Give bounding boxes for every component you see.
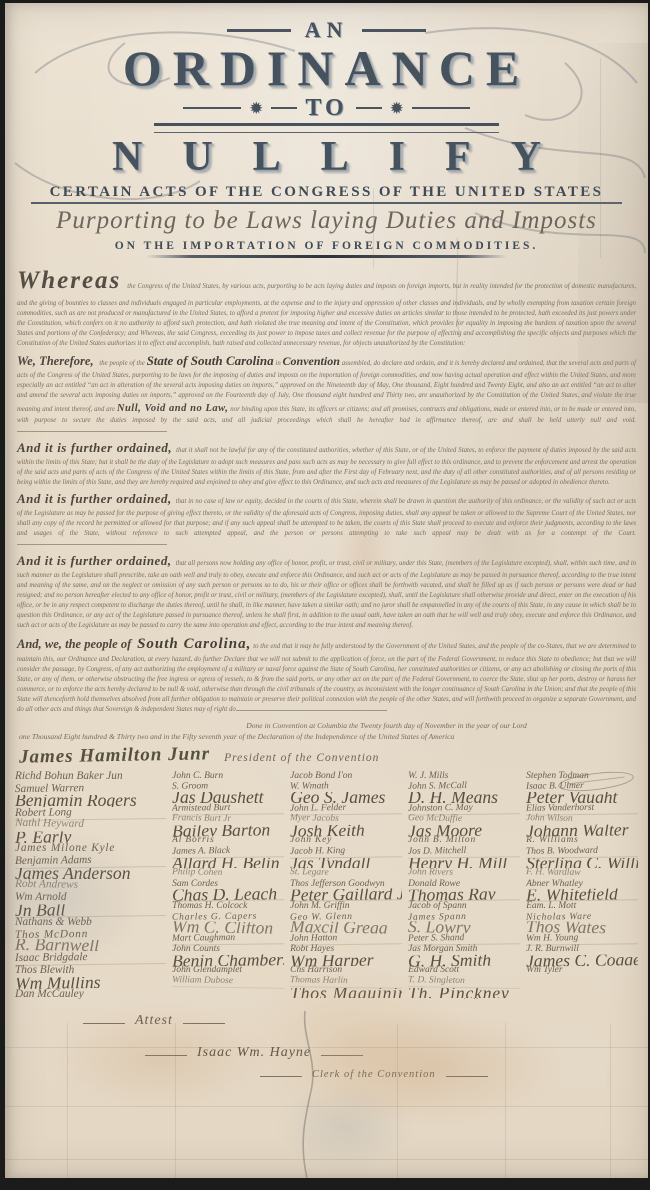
signature: Peter Vaught xyxy=(526,792,638,803)
president-signature-row: James Hamilton Junr President of the Con… xyxy=(5,743,648,767)
signature: Benjamin Adams xyxy=(15,854,166,869)
signature: J. R. Burnwill xyxy=(526,944,638,955)
title-to-row: ✹ TO ✹ xyxy=(5,95,648,121)
lead-further-ordained: And it is further ordained, xyxy=(17,440,172,455)
paragraph-ordained-1: And it is further ordained,that it shall… xyxy=(17,439,636,488)
signature: Josh Keith xyxy=(290,824,402,836)
attest-label: Attest xyxy=(135,1013,173,1029)
signature: Jacob H. King xyxy=(290,845,402,858)
signature: James C. Coggeshall xyxy=(526,954,638,966)
signature: Nathans & Webb xyxy=(15,917,166,929)
president-signature: James Hamilton Junr xyxy=(19,743,210,768)
emph-convention: Convention xyxy=(283,354,340,368)
signature: Thomas Ray xyxy=(408,889,520,902)
rule xyxy=(412,107,470,109)
signature: Chas D. Leach xyxy=(172,889,284,902)
script-subtitle: Purporting to be Laws laying Duties and … xyxy=(5,207,648,235)
emph-south-carolina: South Carolina, xyxy=(137,636,251,652)
rule-dash xyxy=(321,1055,363,1056)
title-an-row: AN xyxy=(5,19,648,41)
signature: Jn Ball xyxy=(15,903,166,918)
signature: S. Groom xyxy=(172,781,284,793)
paragraph-ordained-3: And it is further ordained,that all pers… xyxy=(17,552,636,631)
star-burst-icon: ✹ xyxy=(249,100,263,117)
star-burst-icon: ✹ xyxy=(390,100,404,117)
rule-dash xyxy=(446,1076,488,1077)
signature-columns: Richd Bohun Baker JunSamuel WarrenBenjam… xyxy=(5,767,648,999)
paragraph-text: in xyxy=(275,360,280,367)
paragraph-text: to the end that it may be fully understo… xyxy=(17,643,636,714)
signature: Thomas Harlin xyxy=(290,975,402,988)
signature: Benjamin Rogers xyxy=(15,795,166,807)
signature-column-2: John C. BurnS. GroomJas DaushettArmistea… xyxy=(172,771,284,999)
lead-further-ordained: And it is further ordained, xyxy=(17,553,172,568)
lead-we-the-people: And, we, the people of xyxy=(17,637,131,651)
signature: Mart Caughman xyxy=(172,932,284,945)
title-to: TO xyxy=(305,95,347,122)
rule xyxy=(271,107,297,109)
signature-column-4: W. J. MillsJohn S. McCallD. H. MeansJohn… xyxy=(408,771,520,999)
document-sheet: AN ORDINANCE ✹ TO ✹ NULLIFY CERTAIN ACTS… xyxy=(5,3,648,1178)
clerk-signature: Isaac Wm. Hayne xyxy=(197,1045,311,1061)
signature: Thos B. Woodward xyxy=(526,845,638,858)
signature: D. H. Means xyxy=(408,792,520,803)
body-text: Whereasthe Congress of the United States… xyxy=(5,258,648,715)
rule xyxy=(183,107,241,109)
signature: John M. Griffin xyxy=(290,901,402,912)
title-ordinance: ORDINANCE xyxy=(5,44,648,93)
done-in-convention-line: Done in Convention at Columbia the Twent… xyxy=(5,718,648,743)
signature: John Hatton xyxy=(290,932,402,945)
signature: Jas Moore xyxy=(408,824,520,836)
rule-left xyxy=(227,29,291,32)
signature: Jos D. Mitchell xyxy=(408,845,520,858)
signature: Jacob of Spann xyxy=(408,901,520,912)
signature: John S. McCall xyxy=(408,781,520,793)
title-nullify: NULLIFY xyxy=(5,136,648,180)
signature: Wm Harper xyxy=(290,954,402,966)
rule-dash xyxy=(145,1055,187,1056)
signature: Johann Walter xyxy=(526,824,638,836)
clerk-title-row: Clerk of the Convention xyxy=(5,1069,648,1080)
signature-column-5: Stephen TodmanIsaac B. UlmerPeter Vaught… xyxy=(526,771,638,999)
title-block: AN ORDINANCE ✹ TO ✹ NULLIFY CERTAIN ACTS… xyxy=(5,3,648,258)
signature-column-3: Jacob Bond I'onW. WmathGeo S. JamesJohn … xyxy=(290,771,402,999)
paragraph-we-therefore: We, Therefore, the people of the State o… xyxy=(17,352,636,436)
signature: Richd Bohun Baker Jun xyxy=(15,771,166,783)
signature: Bailey Barton xyxy=(172,824,284,836)
signature: Wm H. Young xyxy=(526,932,638,945)
signature: Samuel Warren xyxy=(15,782,166,796)
signature: Wm Mullins xyxy=(15,976,166,990)
double-rule xyxy=(154,123,499,133)
rule-dash xyxy=(183,1023,225,1024)
paragraph-we-the-people: And, we, the people of South Carolina, t… xyxy=(17,634,636,715)
signature: Wm Arnold xyxy=(15,892,166,904)
signature: Philip Cohen xyxy=(172,867,284,879)
signature: Benjn Chambers xyxy=(172,954,284,966)
signature: William Dubose xyxy=(172,975,284,988)
signature: Thomas H. Colcock xyxy=(172,901,284,912)
signature: W. Wmath xyxy=(290,781,402,793)
signature: John Counts xyxy=(172,944,284,955)
rule xyxy=(356,107,382,109)
signature: Peter Gaillard Jr xyxy=(290,889,402,902)
signature: Peter S. Shand xyxy=(408,932,520,945)
signature: Eam. L. Mott xyxy=(526,901,638,912)
fold-line xyxy=(5,1159,648,1160)
paragraph-text: the people of the xyxy=(99,360,144,367)
paragraph-ordained-2: And it is further ordained,that in no ca… xyxy=(17,490,636,549)
signature: Robt Hayes xyxy=(290,944,402,955)
signature: R. Williams xyxy=(526,835,638,846)
signature: Robert J. Turnbull xyxy=(408,997,520,998)
signature: G. H. Smith xyxy=(408,954,520,966)
signature: Geo S. James xyxy=(290,792,402,803)
signature: F. H. Wardlaw xyxy=(526,867,638,879)
signature: E. Whitefield xyxy=(526,889,638,902)
attest-row: Attest xyxy=(5,1013,648,1029)
paragraph-text: that all persons now holding any office … xyxy=(17,560,636,629)
signature: Wm W. Murray xyxy=(290,997,402,998)
signature: T. D. Singleton xyxy=(408,975,520,988)
line-fill xyxy=(17,544,167,545)
clerk-title: Clerk of the Convention xyxy=(312,1069,436,1080)
signature-column-1: Richd Bohun Baker JunSamuel WarrenBenjam… xyxy=(15,771,166,999)
subtitle-rule xyxy=(31,202,623,204)
line-fill xyxy=(237,710,387,711)
signature: Dan McCauley xyxy=(15,989,166,999)
lead-further-ordained: And it is further ordained, xyxy=(17,491,172,506)
signature: Jas Daushett xyxy=(172,792,284,803)
signature: Isaac Bridgdale xyxy=(15,951,166,966)
subtitle-line: CERTAIN ACTS OF THE CONGRESS OF THE UNIT… xyxy=(5,184,648,201)
signature: John Key xyxy=(290,835,402,846)
signature: James Anderson xyxy=(15,868,166,880)
rule-dash xyxy=(260,1076,302,1077)
signature: John B. Milton xyxy=(408,835,520,846)
stain xyxy=(275,1083,415,1173)
line-fill xyxy=(17,431,167,432)
signature: P. Early xyxy=(15,830,166,844)
signature: Wm Tyler xyxy=(526,965,638,976)
paragraph-whereas: Whereasthe Congress of the United States… xyxy=(17,263,636,349)
president-title: President of the Convention xyxy=(224,752,379,764)
signature: Jas Morgan Smith xyxy=(408,944,520,955)
done-line-2: one Thousand Eight hundred & Thirty two … xyxy=(19,731,634,742)
signature: Al Borris xyxy=(172,835,284,846)
emph-null-void-no-law: Null, Void and no Law, xyxy=(117,403,229,414)
signature: St. Legare xyxy=(290,867,402,879)
rule-right xyxy=(362,29,426,32)
signature: James A. Black xyxy=(172,845,284,858)
lead-we-therefore: We, Therefore, xyxy=(17,354,94,368)
rule-dash xyxy=(83,1023,125,1024)
clerk-signature-row: Isaac Wm. Hayne xyxy=(5,1045,648,1061)
attest-block: Attest Isaac Wm. Hayne Clerk of the Conv… xyxy=(5,999,648,1080)
signature: John Rivers xyxy=(408,867,520,879)
emph-state-of-south-carolina: State of South Carolina xyxy=(147,353,274,368)
fold-line xyxy=(5,1106,648,1107)
importation-line: ON THE IMPORTATION OF FOREIGN COMMODITIE… xyxy=(5,240,648,252)
signature: Robt Andrews xyxy=(15,879,166,893)
lead-whereas: Whereas xyxy=(17,267,121,294)
done-line-1: Done in Convention at Columbia the Twent… xyxy=(19,720,634,731)
